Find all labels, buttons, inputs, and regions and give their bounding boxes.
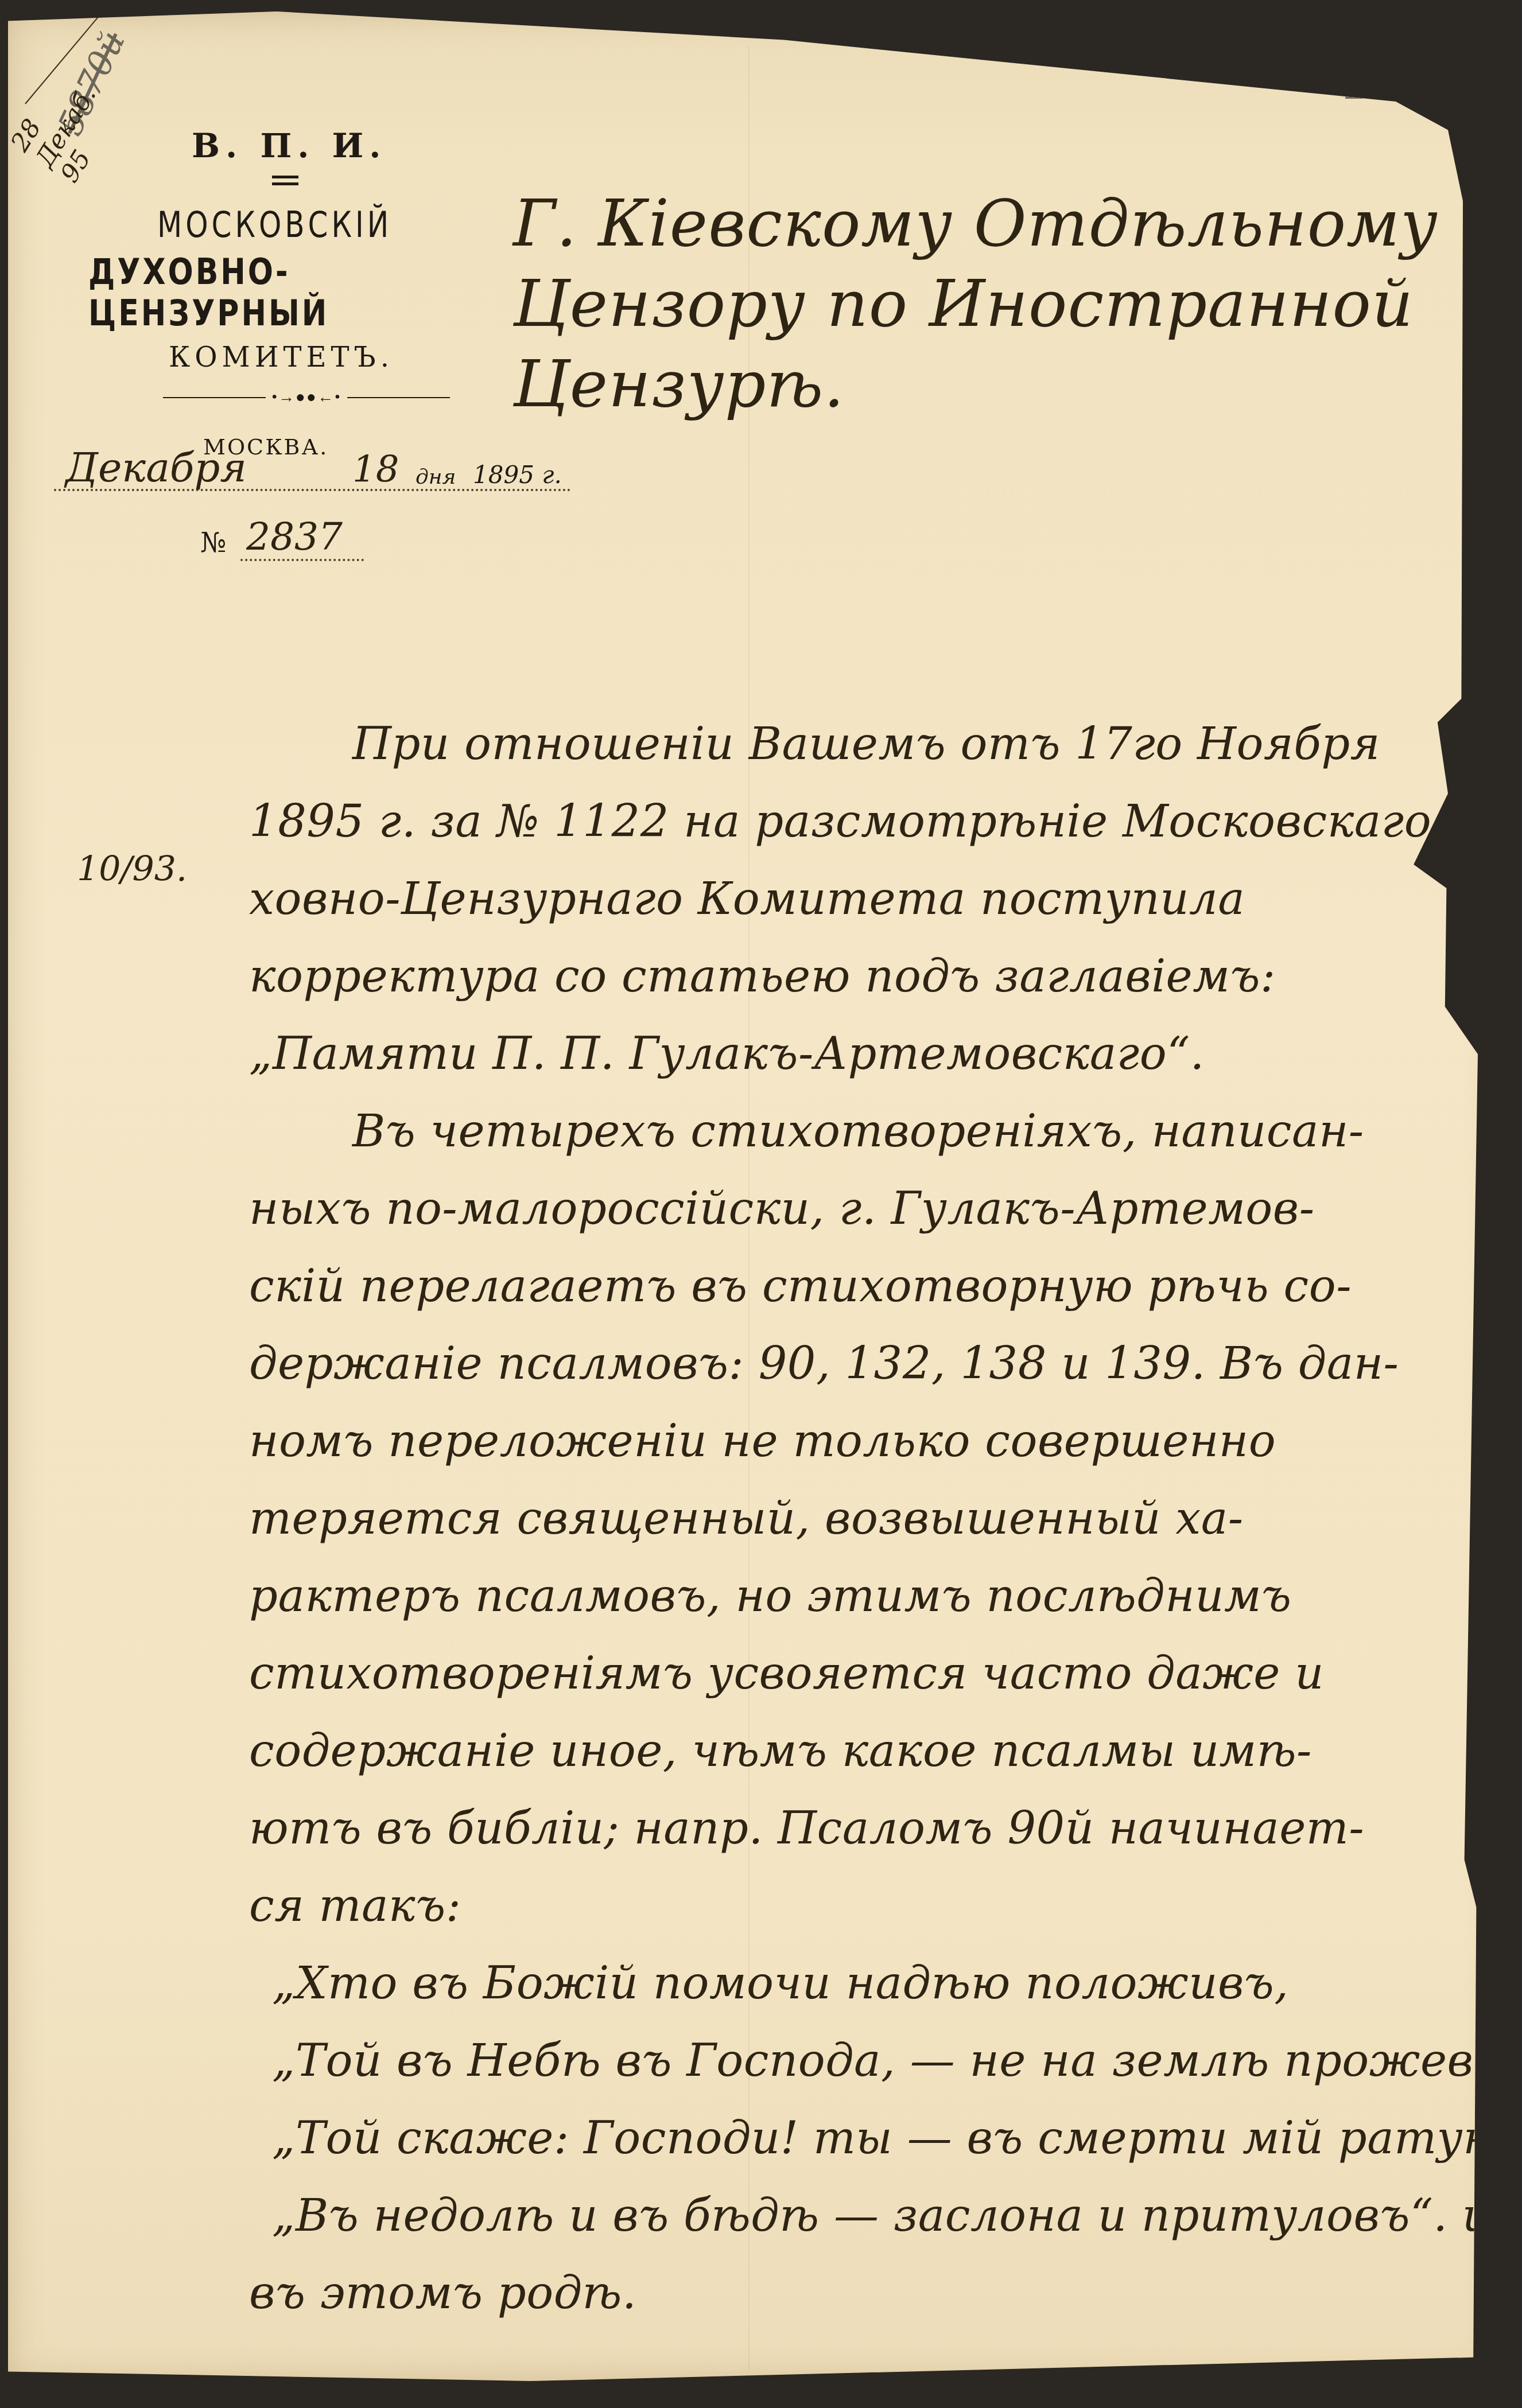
body-line: держаніе псалмовъ: 90, 132, 138 и 139. В… <box>249 1325 1500 1403</box>
addressee-line: Цензурѣ. <box>513 344 1460 425</box>
body-line: „Памяти П. П. Гулакъ-Артемовскаго“. <box>249 1016 1500 1093</box>
letterhead-line-2: ДУХОВНО-ЦЕНЗУРНЫЙ <box>88 252 490 334</box>
body-line: скій перелагаетъ въ стихотворную рѣчь со… <box>249 1248 1500 1325</box>
body-line: ховно-Цензурнаго Комитета поступила <box>249 861 1500 938</box>
addressee-block: Г. Кіевскому Отдѣльному Цензору по Иност… <box>513 184 1460 425</box>
double-rule-divider <box>272 176 298 185</box>
body-line: содержаніе иное, чѣмъ какое псалмы имѣ- <box>249 1713 1500 1790</box>
verse-line: „Той въ Небѣ въ Господа, — не на землѣ п… <box>249 2022 1500 2100</box>
folio-number: 231. <box>1345 66 1427 108</box>
date-dnya-label: дня <box>416 465 456 489</box>
body-line: ся такъ: <box>249 1868 1500 1945</box>
ornament-icon: •→●●←• <box>271 388 341 407</box>
date-month: Декабря <box>65 444 247 491</box>
body-line: теряется священный, возвышенный ха- <box>249 1480 1500 1558</box>
verse-line: „Той скаже: Господи! ты — въ смерти мій … <box>249 2100 1500 2177</box>
number-sign: № <box>200 527 226 559</box>
outgoing-number: № 2837 <box>200 511 372 568</box>
body-line: въ этомъ родѣ. <box>249 2255 1500 2332</box>
letterhead-initials: В. П. И. <box>192 126 490 165</box>
ornament-divider: •→●●←• <box>163 388 450 407</box>
body-line: Въ четырехъ стихотвореніяхъ, написан- <box>249 1093 1500 1170</box>
number-value: 2837 <box>246 515 343 559</box>
body-line: ныхъ по-малороссійски, г. Гулакъ-Артемов… <box>249 1170 1500 1248</box>
ornament-rule-right <box>347 397 450 398</box>
body-line: рактеръ псалмовъ, но этимъ послѣднимъ <box>249 1558 1500 1635</box>
ornament-rule-left <box>163 397 266 398</box>
verse-line: „Въ недолѣ и въ бѣдѣ — заслона и притуло… <box>249 2177 1500 2255</box>
body-line: стихотвореніямъ усвояется часто даже и <box>249 1635 1500 1713</box>
verse-line: „Хто въ Божій помочи надѣю положивъ, <box>249 1945 1500 2022</box>
document-page: 5870й 28 Декаб. 95 231. В. П. И. МОСКОВС… <box>8 11 1500 2381</box>
body-line: ютъ въ библіи; напр. Псаломъ 90й начинае… <box>249 1790 1500 1868</box>
body-line: номъ переложеніи не только совершенно <box>249 1403 1500 1480</box>
date-day: 18 <box>352 449 399 491</box>
body-line: корректура со статьею подъ заглавіемъ: <box>249 938 1500 1016</box>
letterhead-line-1: МОСКОВСКІЙ <box>157 204 490 246</box>
addressee-line: Г. Кіевскому Отдѣльному <box>513 184 1460 264</box>
margin-reference: 10/93. <box>77 849 187 889</box>
date-year: 1895 г. <box>473 461 562 489</box>
body-line: При отношеніи Вашемъ отъ 17го Ноября <box>249 706 1500 783</box>
body-line: 1895 г. за № 1122 на разсмотрѣніе Москов… <box>249 783 1500 861</box>
letterhead-line-3: КОМИТЕТЪ. <box>169 341 490 374</box>
letterhead: В. П. И. МОСКОВСКІЙ ДУХОВНО-ЦЕНЗУРНЫЙ КО… <box>88 69 490 460</box>
number-dotted-rule <box>240 559 364 561</box>
addressee-line: Цензору по Иностранной <box>513 264 1460 344</box>
letter-body: При отношеніи Вашемъ отъ 17го Ноября 189… <box>249 706 1500 2332</box>
date-line: Декабря 18 дня 1895 г. <box>54 448 570 499</box>
